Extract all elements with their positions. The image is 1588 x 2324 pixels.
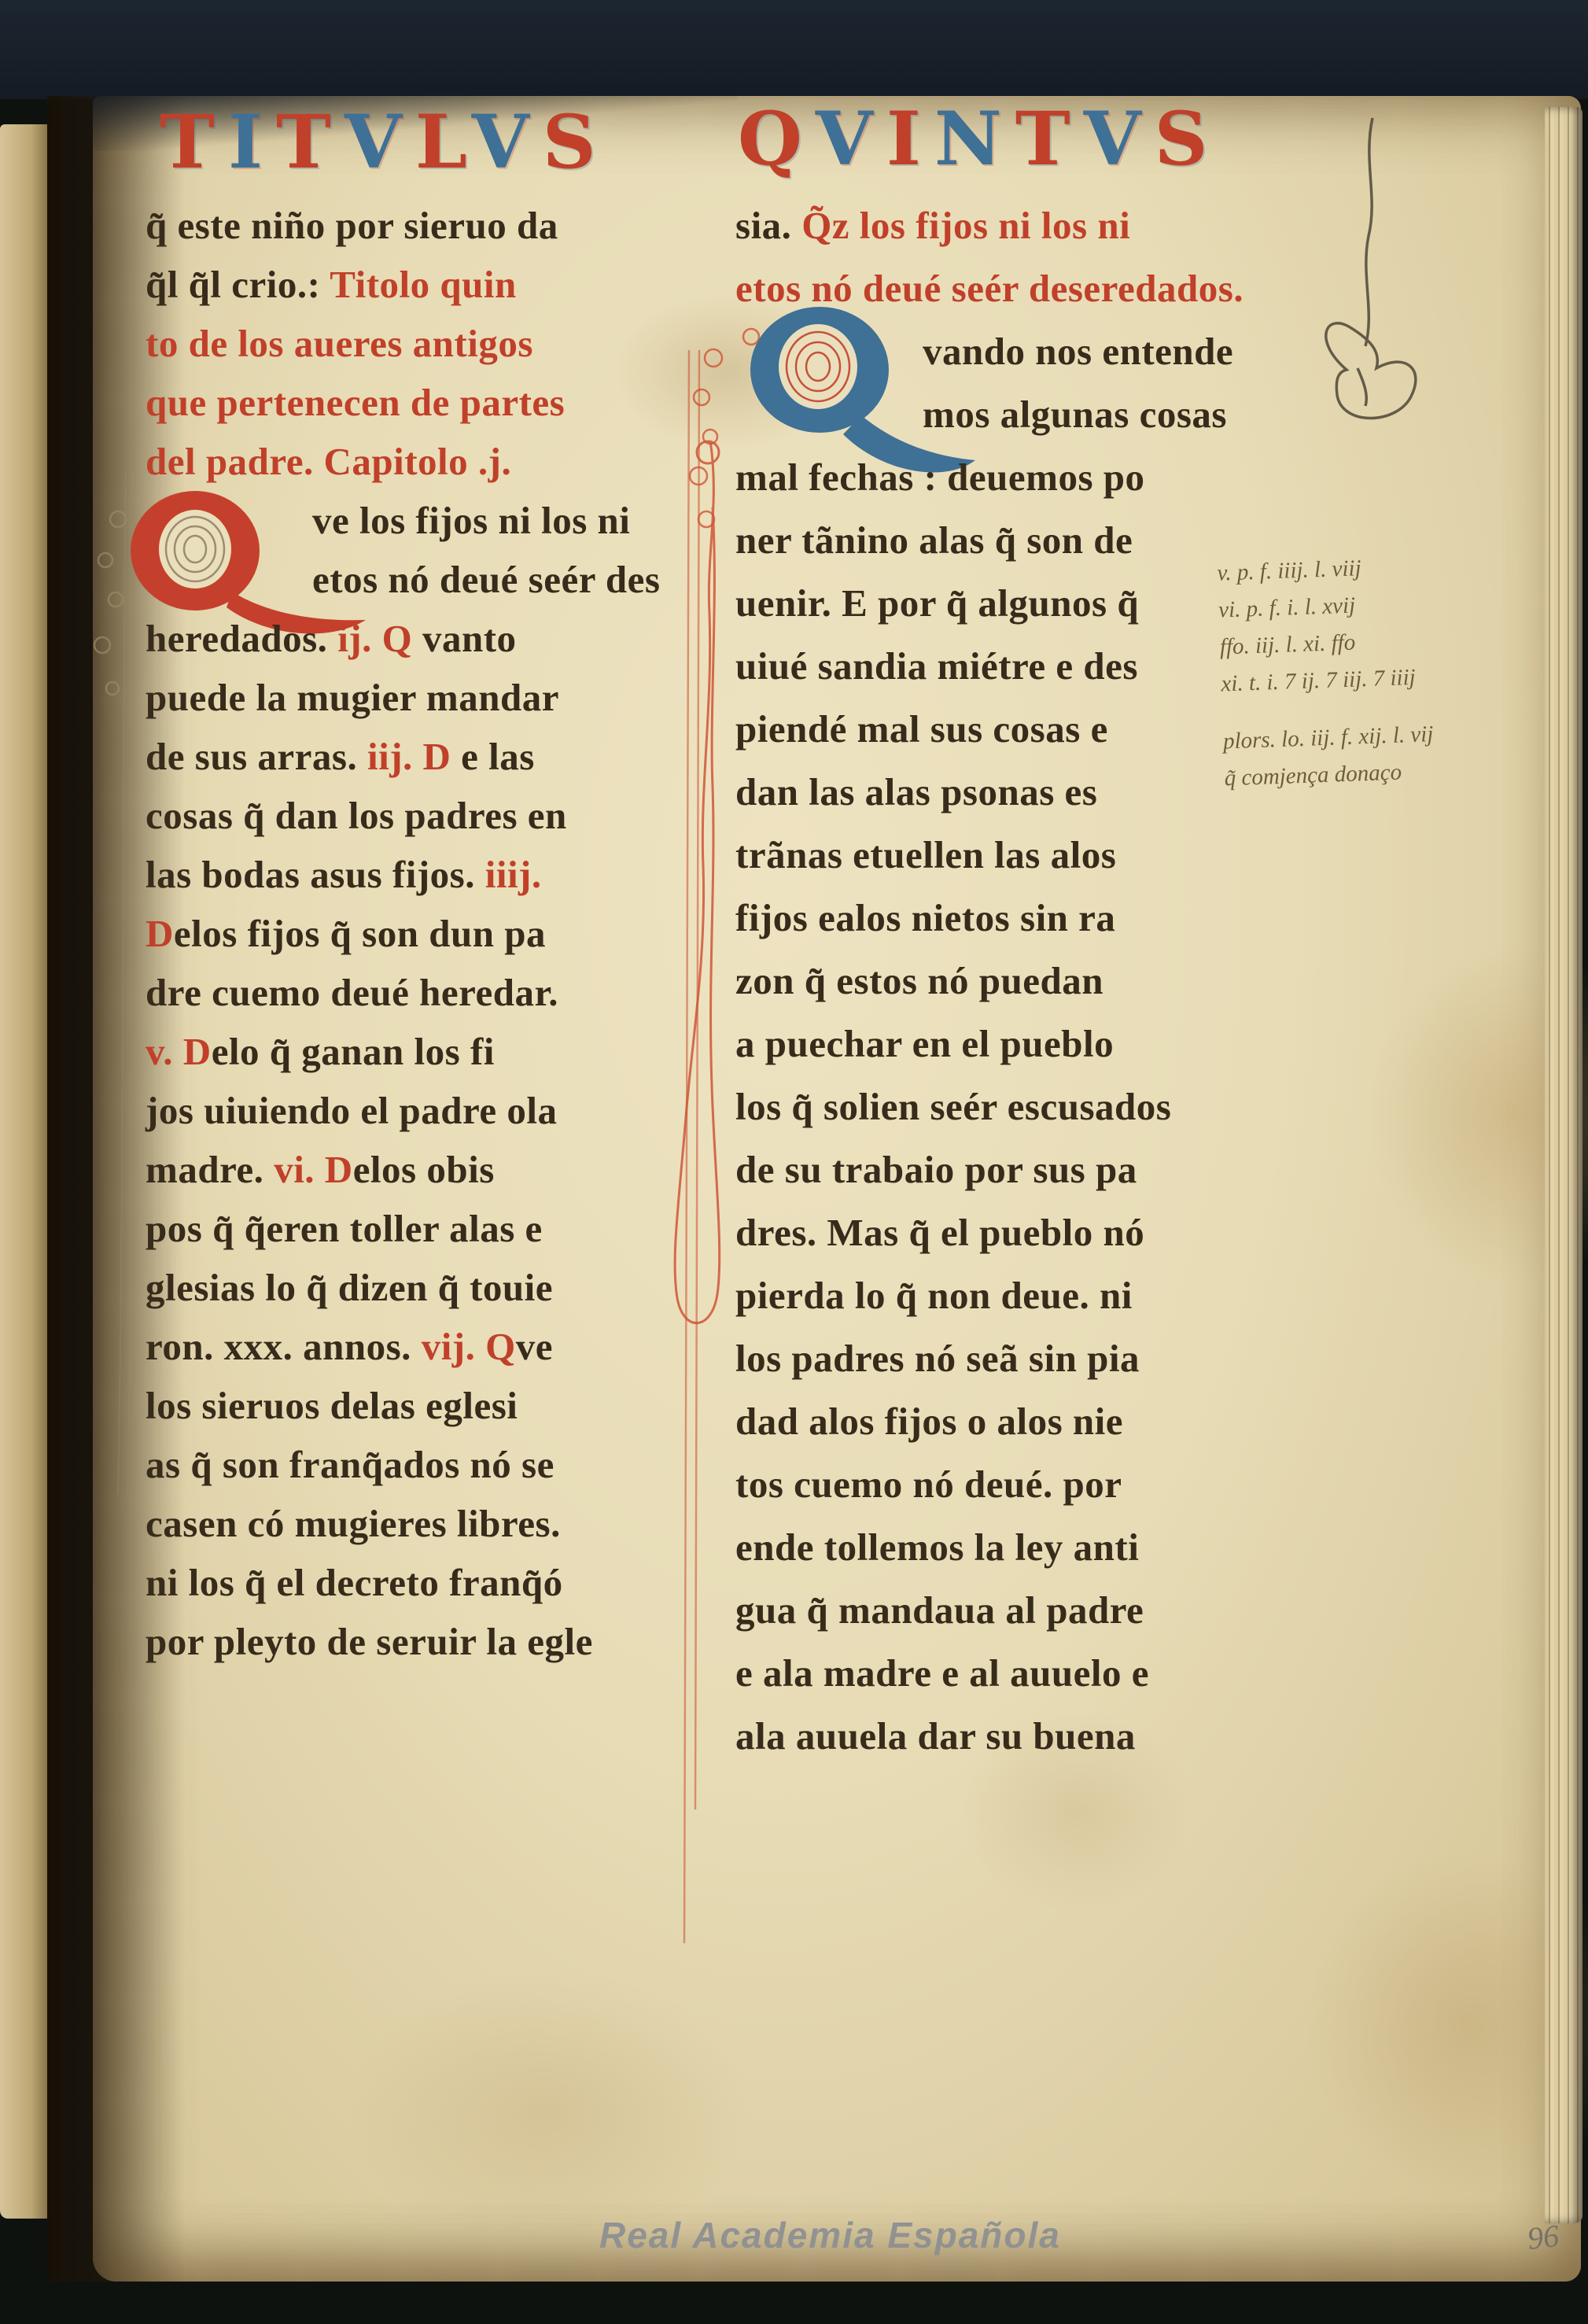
text-segment: de su trabaio por sus pa (735, 1148, 1137, 1191)
header-titulus: TITVLVS (160, 99, 610, 186)
text-segment: pos q̃ q̃eren toller alas e (146, 1207, 543, 1250)
text-line: q̃ este niño por sieruo da (146, 203, 728, 262)
text-segment: iij. D (367, 735, 451, 778)
left-column: q̃ este niño por sieruo daq̃l q̃l crio.:… (146, 203, 728, 1678)
watermark: Real Academia Española (599, 2214, 1061, 2256)
text-line: ni los q̃ el decreto franq̃ó (146, 1560, 728, 1619)
text-segment: mal fechas : deuemos po (735, 456, 1145, 499)
text-line: cosas q̃ dan los padres en (146, 793, 728, 852)
photo-background-top (0, 0, 1588, 99)
text-line: glesias lo q̃ dizen q̃ touie (146, 1265, 728, 1324)
text-segment: uenir. E por q̃ algunos q̃ (735, 581, 1139, 625)
page-edge-stack (1545, 107, 1582, 2223)
text-line: to de los aueres antigos (146, 321, 728, 380)
text-line: e ala madre e al auuelo e (735, 1651, 1337, 1713)
text-line: puede la mugier mandar (146, 675, 728, 734)
text-line: fijos ealos nietos sin ra (735, 895, 1337, 958)
text-segment: vi. D (274, 1148, 353, 1191)
text-line: mal fechas : deuemos po (735, 455, 1337, 518)
marginalia-notes: v. p. f. iiij. l. viijvi. p. f. i. l. xv… (1217, 544, 1563, 798)
text-segment: vij. Q (422, 1325, 516, 1368)
text-segment: zon q̃ estos nó puedan (735, 959, 1103, 1002)
header-letter: V (1084, 96, 1155, 183)
text-line: del padre. Capitolo .j. (146, 439, 728, 498)
text-segment: vanto (412, 617, 516, 660)
header-letter: T (1015, 96, 1084, 183)
parchment-stain (344, 1968, 753, 2252)
text-segment: piendé mal sus cosas e (735, 707, 1108, 751)
text-segment: los sieruos delas eglesi (146, 1384, 518, 1427)
facing-page-edge (0, 124, 47, 2219)
header-letter: N (934, 96, 1015, 183)
manuscript-photo: TITVLVS QVINTVS q̃ este niño por sieruo … (0, 0, 1588, 2324)
text-segment: a puechar en el pueblo (735, 1022, 1114, 1065)
text-segment: ij. Q (337, 617, 412, 660)
text-segment: dan las alas psonas es (735, 770, 1097, 813)
text-line: tos cuemo nó deué. por (735, 1462, 1337, 1525)
text-segment: etos nó deué seér des (312, 558, 660, 601)
text-segment: los q̃ solien seér escusados (735, 1085, 1171, 1128)
header-letter: L (415, 99, 472, 186)
text-segment: iiij. (485, 853, 542, 896)
text-segment: glesias lo q̃ dizen q̃ touie (146, 1266, 553, 1309)
text-segment: las bodas asus fijos. (146, 853, 485, 896)
text-line: v. Delo q̃ ganan los fi (146, 1029, 728, 1088)
text-segment: elos fijos q̃ son dun pa (174, 912, 546, 955)
text-segment: dad alos fijos o alos nie (735, 1400, 1123, 1443)
text-segment: ron. xxx. annos. (146, 1325, 422, 1368)
text-line: ala auuela dar su buena (735, 1713, 1337, 1776)
header-letter: I (228, 99, 276, 186)
text-line: dad alos fijos o alos nie (735, 1399, 1337, 1462)
text-line: jos uiuiendo el padre ola (146, 1088, 728, 1147)
header-letter: T (160, 99, 228, 186)
text-line: trãnas etuellen las alos (735, 832, 1337, 895)
text-line: gua q̃ mandaua al padre (735, 1588, 1337, 1651)
header-letter: I (886, 96, 934, 183)
text-segment: sia. (735, 204, 801, 247)
text-line: mos algunas cosas (923, 392, 1337, 455)
text-segment: e ala madre e al auuelo e (735, 1651, 1149, 1695)
text-line: as q̃ son franq̃ados nó se (146, 1442, 728, 1501)
text-segment: q̃ este niño por sieruo da (146, 204, 558, 247)
text-line: de su trabaio por sus pa (735, 1147, 1337, 1210)
text-line: de sus arras. iij. D e las (146, 734, 728, 793)
text-line: las bodas asus fijos. iiij. (146, 852, 728, 911)
text-line: sia. Q̃z los fijos ni los ni (735, 203, 1337, 266)
text-segment: tos cuemo nó deué. por (735, 1463, 1122, 1506)
text-segment: dres. Mas q̃ el pueblo nó (735, 1211, 1144, 1254)
text-segment: ala auuela dar su buena (735, 1714, 1136, 1758)
text-segment: ve los fijos ni los ni (312, 499, 630, 542)
text-segment: ve (516, 1325, 553, 1368)
text-line: vando nos entende (923, 329, 1337, 392)
text-line: los q̃ solien seér escusados (735, 1084, 1337, 1147)
text-segment: dre cuemo deué heredar. (146, 971, 558, 1014)
header-letter: V (472, 99, 543, 186)
text-line: Delos fijos q̃ son dun pa (146, 911, 728, 970)
text-line: dre cuemo deué heredar. (146, 970, 728, 1029)
text-segment: elo q̃ ganan los fi (212, 1030, 495, 1073)
text-segment: los padres nó seã sin pia (735, 1337, 1140, 1380)
text-line: q̃l q̃l crio.: Titolo quin (146, 262, 728, 321)
text-line: pierda lo q̃ non deue. ni (735, 1273, 1337, 1336)
header-quintus: QVINTVS (738, 96, 1221, 183)
text-line: ve los fijos ni los ni (312, 498, 728, 557)
text-line: etos nó deué seér des (312, 557, 728, 616)
text-line: dres. Mas q̃ el pueblo nó (735, 1210, 1337, 1273)
text-segment: D (146, 912, 174, 955)
text-segment: ende tollemos la ley anti (735, 1525, 1139, 1569)
text-line: que pertenecen de partes (146, 380, 728, 439)
text-segment: por pleyto de seruir la egle (146, 1620, 593, 1663)
text-segment: mos algunas cosas (923, 393, 1227, 436)
text-line: ende tollemos la ley anti (735, 1525, 1337, 1588)
header-letter: Q (738, 96, 816, 183)
text-line: etos nó deué seér deseredados. (735, 266, 1337, 329)
text-segment: e las (451, 735, 534, 778)
text-line: los sieruos delas eglesi (146, 1383, 728, 1442)
text-segment: to de los aueres antigos (146, 322, 533, 365)
text-segment: jos uiuiendo el padre ola (146, 1089, 557, 1132)
text-segment: trãnas etuellen las alos (735, 833, 1116, 876)
text-segment: casen có mugieres libres. (146, 1502, 561, 1545)
text-segment: etos nó deué seér deseredados. (735, 267, 1244, 310)
text-line: a puechar en el pueblo (735, 1021, 1337, 1084)
folio-number: 96 (1526, 2217, 1561, 2257)
text-segment: vando nos entende (923, 330, 1233, 373)
text-line: ron. xxx. annos. vij. Qve (146, 1324, 728, 1383)
text-line: casen có mugieres libres. (146, 1501, 728, 1560)
text-segment: puede la mugier mandar (146, 676, 559, 719)
text-segment: Q̃z los fijos ni los ni (801, 204, 1130, 247)
text-segment: fijos ealos nietos sin ra (735, 896, 1115, 939)
text-segment: que pertenecen de partes (146, 381, 565, 424)
text-segment: de sus arras. (146, 735, 367, 778)
text-line: pos q̃ q̃eren toller alas e (146, 1206, 728, 1265)
text-segment: madre. (146, 1148, 274, 1191)
text-segment: ner tãnino alas q̃ son de (735, 518, 1133, 562)
text-line: los padres nó seã sin pia (735, 1336, 1337, 1399)
text-segment: cosas q̃ dan los padres en (146, 794, 567, 837)
header-letter: T (276, 99, 344, 186)
header-letter: S (543, 99, 610, 186)
text-segment: v. D (146, 1030, 212, 1073)
text-line: heredados. ij. Q vanto (146, 616, 728, 675)
text-segment: pierda lo q̃ non deue. ni (735, 1274, 1133, 1317)
header-letter: S (1155, 96, 1221, 183)
header-letter: V (816, 96, 886, 183)
text-segment: heredados. (146, 617, 337, 660)
text-segment: ni los q̃ el decreto franq̃ó (146, 1561, 563, 1604)
text-segment: uiué sandia miétre e des (735, 644, 1138, 688)
text-line: zon q̃ estos nó puedan (735, 958, 1337, 1021)
text-line: por pleyto de seruir la egle (146, 1619, 728, 1678)
text-segment: Titolo quin (330, 263, 516, 306)
text-line: madre. vi. Delos obis (146, 1147, 728, 1206)
text-segment: gua q̃ mandaua al padre (735, 1588, 1144, 1632)
header-letter: V (344, 99, 415, 186)
right-column: sia. Q̃z los fijos ni los nietos nó deué… (735, 203, 1337, 1776)
text-segment: q̃l q̃l crio.: (146, 263, 330, 306)
text-segment: as q̃ son franq̃ados nó se (146, 1443, 555, 1486)
text-segment: del padre. Capitolo .j. (146, 440, 511, 483)
text-segment: elos obis (353, 1148, 495, 1191)
